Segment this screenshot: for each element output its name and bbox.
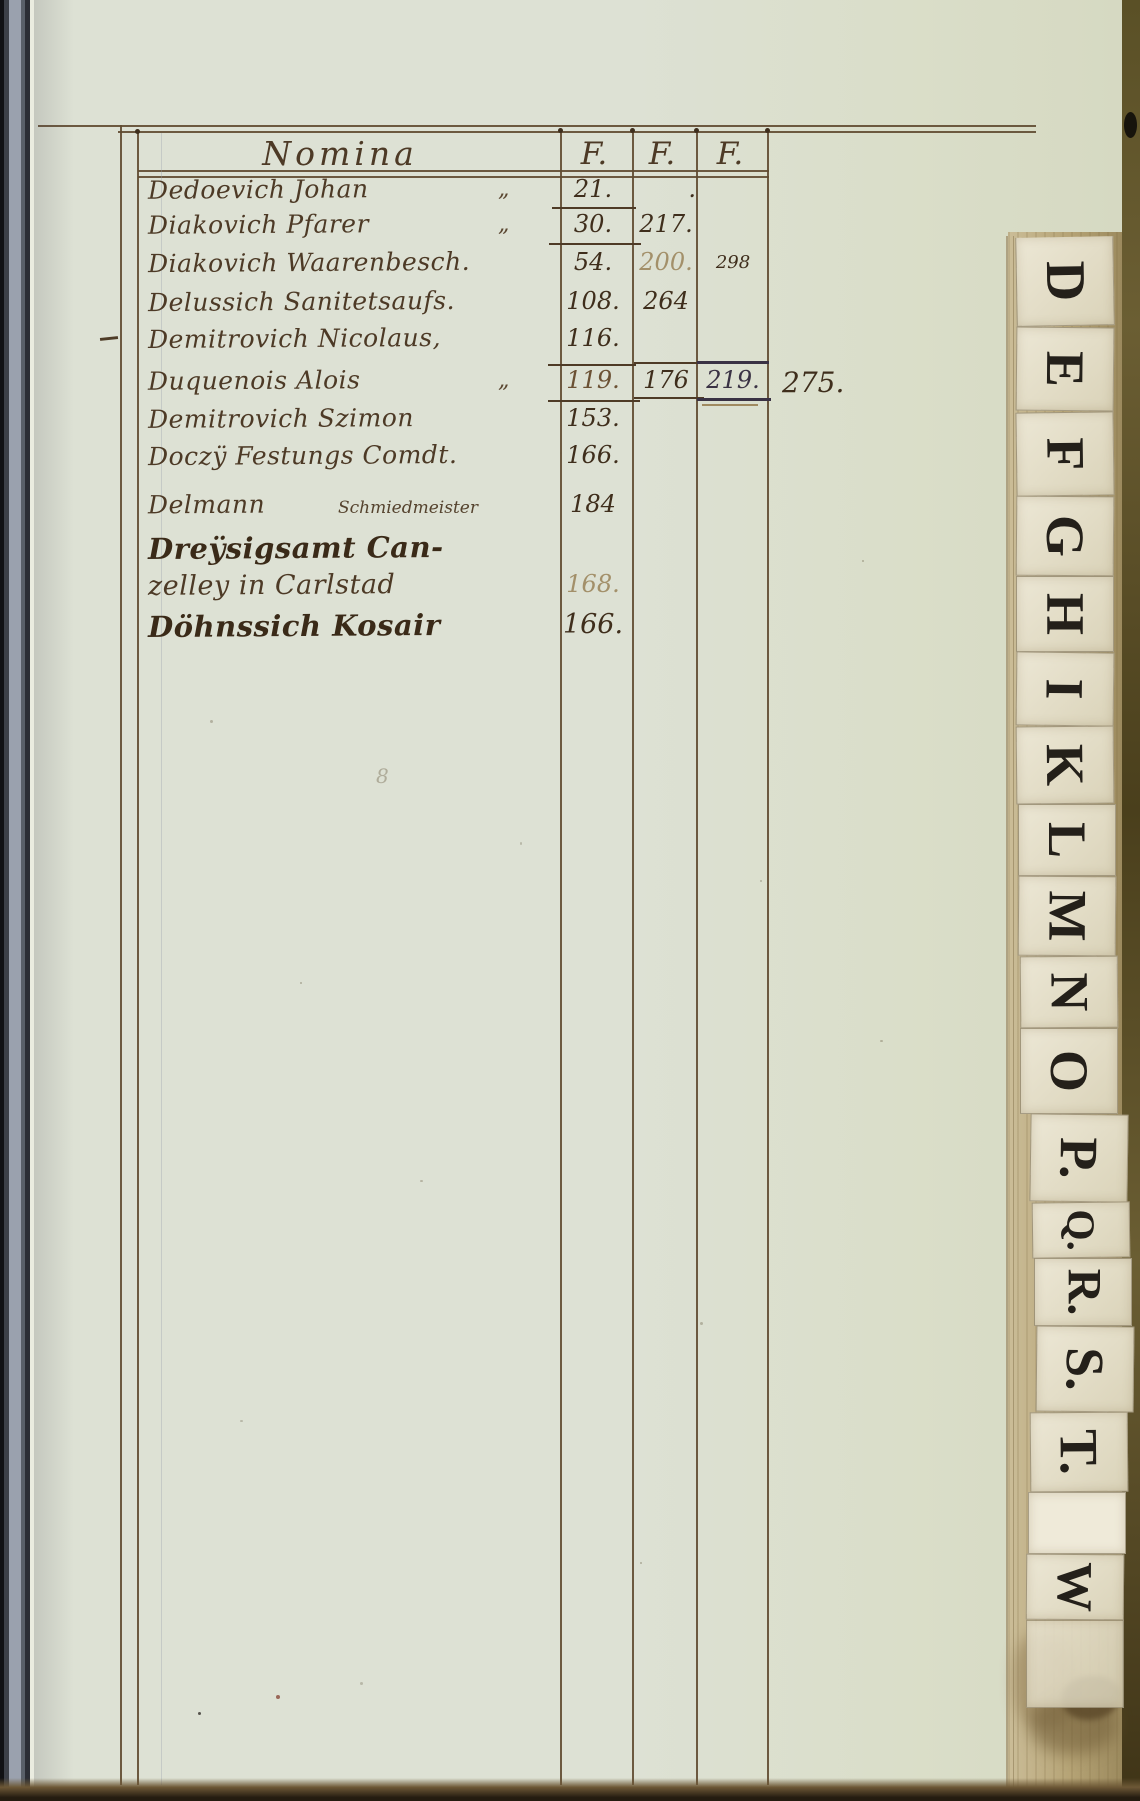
folio-number: 176	[636, 366, 696, 394]
number-overline-dark	[697, 361, 769, 364]
entry-occupation: Schmiedmeister	[338, 498, 478, 518]
side-tab-l: L	[1018, 804, 1116, 876]
entry-name: Delmann	[148, 490, 265, 520]
ledger-entry: Döhnssich Kosair 166.	[0, 609, 900, 653]
tab-letter: R.	[1059, 1269, 1107, 1316]
paper-speck	[560, 452, 562, 454]
page-crease	[1006, 236, 1008, 1790]
tab-letter: K	[1038, 744, 1092, 787]
paper-speck	[700, 1322, 703, 1325]
book-binding	[0, 0, 30, 1801]
side-tab-s: S.	[1036, 1325, 1135, 1412]
entry-name: Delussich Sanitetsaufs.	[148, 286, 455, 317]
folio-number: 264	[636, 287, 696, 315]
ledger-entry: Delmann Schmiedmeister 184	[0, 490, 900, 534]
folio-number: 166.	[552, 609, 634, 640]
table-title: Nomina	[190, 134, 490, 173]
folio-number: 108.	[552, 287, 634, 315]
folio-number: 21.	[552, 175, 634, 203]
pencil-mark: 8	[376, 764, 389, 788]
side-tab-w: W	[1026, 1554, 1125, 1621]
folio-number: 54.	[552, 248, 634, 276]
tab-letter: W	[1050, 1562, 1100, 1612]
side-tab-r: R.	[1034, 1258, 1132, 1326]
entry-name: Diakovich Pfarer	[148, 209, 369, 240]
side-tab-h: H	[1016, 576, 1114, 652]
side-tab-t: T.	[1030, 1412, 1129, 1493]
paper-speck-red	[276, 1695, 280, 1699]
paper-speck-dark	[198, 1712, 201, 1715]
side-tab-g: G	[1016, 496, 1115, 577]
tab-letter: F	[1038, 437, 1092, 471]
tab-letter: L	[1040, 822, 1094, 858]
folio-number: 184	[552, 490, 634, 518]
ditto-mark: „	[498, 212, 509, 237]
folio-column-header-3: F.	[708, 136, 752, 172]
tab-letter: P.	[1052, 1137, 1107, 1179]
tab-letter: Q.	[1061, 1209, 1101, 1251]
rule-corner-dot	[630, 128, 635, 133]
paper-speck	[360, 1682, 363, 1685]
rule-corner-dot	[135, 129, 140, 134]
gutter-shadow	[34, 0, 74, 1801]
paper-speck	[300, 982, 302, 984]
number-underline-dark	[697, 398, 771, 401]
side-tab-m: M	[1018, 876, 1117, 957]
side-tab-i: I	[1016, 651, 1115, 726]
entry-name: Doczÿ Festungs Comdt.	[148, 440, 458, 471]
folio-number: 275.	[782, 366, 878, 399]
tab-letter: N	[1042, 972, 1096, 1011]
entry-name: Dedoevich Johan	[148, 174, 369, 205]
ledger-entry: Doczÿ Festungs Comdt. 166.	[0, 441, 900, 485]
rule-corner-dot	[694, 128, 699, 133]
tab-letter: D	[1037, 260, 1094, 301]
folio-number: 217.	[636, 210, 696, 238]
folio-number-faded: 200.	[636, 248, 696, 276]
rule-corner-dot	[558, 128, 563, 133]
stray-dot: .	[636, 175, 696, 203]
side-tab-blank-2	[1026, 1620, 1124, 1708]
page-crease	[1013, 236, 1014, 1790]
paper-speck	[240, 1420, 243, 1422]
number-underline	[548, 400, 640, 402]
folio-number-faded: 168.	[552, 570, 634, 598]
ditto-mark: „	[498, 177, 509, 202]
entry-name-line2: zelley in Carlstad	[148, 569, 395, 602]
side-tab-n: N	[1020, 956, 1119, 1029]
entry-name: Diakovich Waarenbesch.	[148, 247, 470, 278]
folio-number: 119.	[552, 366, 634, 394]
folio-number: 166.	[552, 441, 634, 469]
tab-letter: E	[1038, 351, 1092, 388]
paper-speck	[880, 1040, 883, 1042]
paper-speck	[862, 560, 864, 562]
number-overline	[634, 362, 702, 364]
page-bottom-edge	[0, 1778, 1140, 1801]
tab-letter: S.	[1058, 1347, 1112, 1391]
side-tab-blank-1	[1028, 1492, 1126, 1554]
folio-column-header-2: F.	[640, 136, 684, 172]
number-underline	[634, 397, 704, 399]
entry-name: Döhnssich Kosair	[148, 608, 441, 644]
entry-name: Demitrovich Nicolaus,	[148, 323, 441, 354]
top-rule-outer	[38, 125, 1036, 127]
folio-number: 30.	[552, 210, 634, 238]
folio-number: 219.	[700, 366, 766, 394]
folio-column-header-1: F.	[572, 136, 616, 172]
side-tab-k: K	[1016, 725, 1115, 804]
rule-corner-dot	[765, 128, 770, 133]
tab-letter: I	[1038, 678, 1092, 700]
side-tab-e: E	[1016, 326, 1115, 411]
edge-stain	[1124, 112, 1137, 138]
tab-letter: M	[1040, 890, 1094, 941]
number-overline	[548, 364, 636, 366]
entry-name: Duquenois Alois	[148, 365, 361, 395]
side-tab-f: F	[1015, 411, 1114, 496]
paper-speck	[210, 720, 213, 723]
tab-letter: O	[1042, 1050, 1096, 1092]
side-tab-p: P.	[1029, 1113, 1128, 1202]
number-underline	[549, 243, 641, 245]
paper-speck	[760, 880, 762, 882]
folio-number: 298	[700, 252, 766, 273]
ditto-mark: „	[498, 368, 509, 393]
entry-name: Dreÿsigsamt Can-	[148, 530, 444, 566]
paper-speck	[640, 1562, 642, 1564]
number-overline	[552, 207, 636, 209]
side-tab-q: Q.	[1032, 1201, 1131, 1258]
folio-number: 153.	[552, 404, 634, 432]
scanned-ledger-page: D E F G H I K L M N O P. Q. R. S. T. W	[0, 0, 1140, 1801]
top-rule-inner	[118, 131, 1036, 133]
side-tab-d: D	[1015, 236, 1115, 327]
paper-speck	[420, 1180, 423, 1182]
entry-name: Demitrovich Szimon	[148, 403, 414, 434]
tab-letter: H	[1038, 593, 1092, 635]
number-underline-faded	[702, 404, 758, 406]
ledger-entry-continued: zelley in Carlstad 168.	[0, 570, 900, 614]
paper-speck	[520, 842, 522, 845]
folio-number: 116.	[552, 324, 634, 352]
tab-letter: T.	[1052, 1429, 1106, 1475]
side-tab-o: O	[1020, 1028, 1118, 1114]
tab-letter: G	[1038, 515, 1092, 557]
ledger-entry: Dreÿsigsamt Can-	[0, 531, 900, 575]
